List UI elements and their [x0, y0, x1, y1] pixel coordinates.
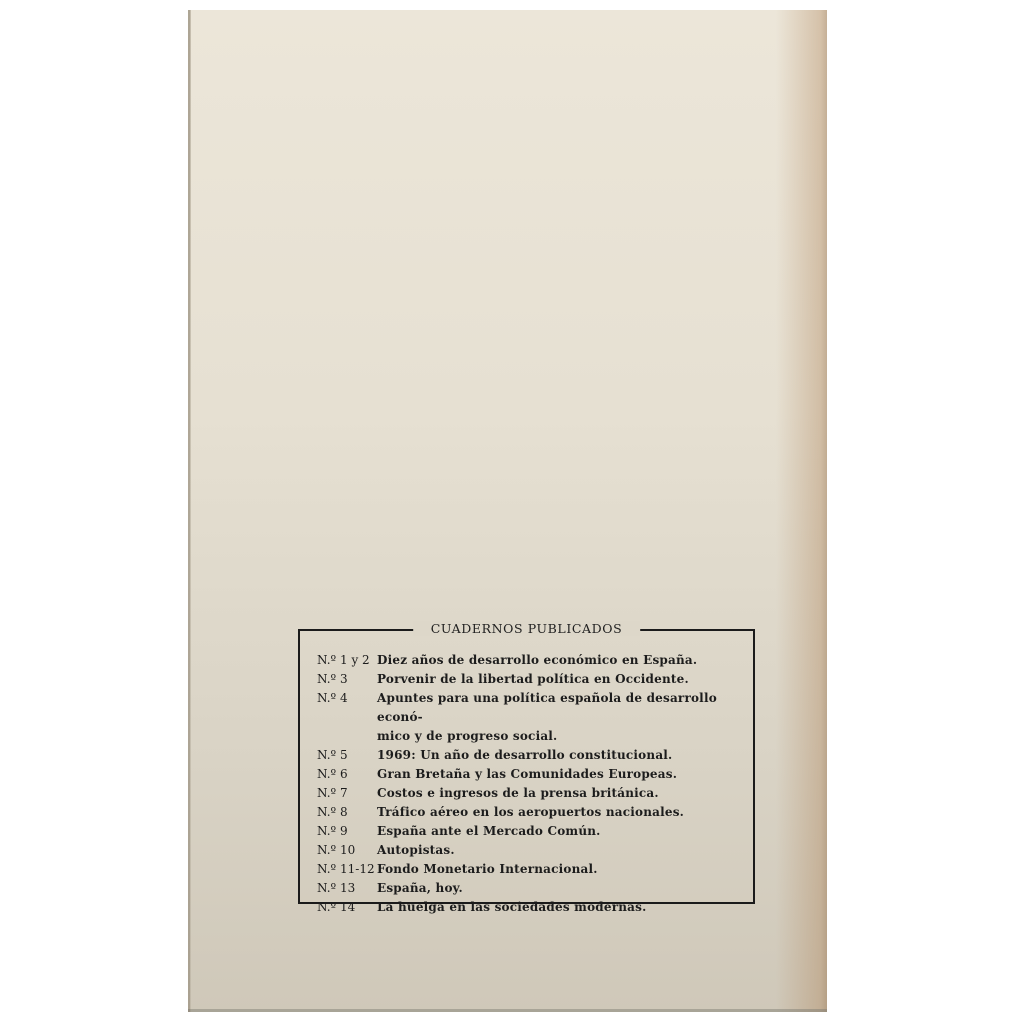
- issue-title: La huelga en las sociedades modernas.: [377, 898, 739, 917]
- issue-number: N.º 3: [317, 670, 377, 689]
- back-cover-page: CUADERNOS PUBLICADOS N.º 1 y 2 Diez años…: [188, 10, 827, 1012]
- issue-title: Tráfico aéreo en los aeropuertos naciona…: [377, 803, 739, 822]
- issue-title: Autopistas.: [377, 841, 739, 860]
- issue-number: N.º 4: [317, 689, 377, 746]
- issue-title: Diez años de desarrollo económico en Esp…: [377, 651, 739, 670]
- list-item: N.º 14 La huelga en las sociedades moder…: [317, 898, 739, 917]
- issue-number: N.º 11-12: [317, 860, 377, 879]
- issue-title: Apuntes para una política española de de…: [377, 689, 739, 727]
- list-item: N.º 1 y 2 Diez años de desarrollo económ…: [317, 651, 739, 670]
- list-item: N.º 9 España ante el Mercado Común.: [317, 822, 739, 841]
- list-item: N.º 11-12 Fondo Monetario Internacional.: [317, 860, 739, 879]
- issue-number: N.º 1 y 2: [317, 651, 377, 670]
- issue-title: Gran Bretaña y las Comunidades Europeas.: [377, 765, 739, 784]
- issue-number: N.º 9: [317, 822, 377, 841]
- issue-number: N.º 14: [317, 898, 377, 917]
- list-item: N.º 3 Porvenir de la libertad política e…: [317, 670, 739, 689]
- issue-number: N.º 13: [317, 879, 377, 898]
- issue-title: 1969: Un año de desarrollo constituciona…: [377, 746, 739, 765]
- issue-title: Costos e ingresos de la prensa británica…: [377, 784, 739, 803]
- list-item: N.º 13 España, hoy.: [317, 879, 739, 898]
- list-item: N.º 10 Autopistas.: [317, 841, 739, 860]
- issue-number: N.º 5: [317, 746, 377, 765]
- issue-title: Porvenir de la libertad política en Occi…: [377, 670, 739, 689]
- list-item: N.º 5 1969: Un año de desarrollo constit…: [317, 746, 739, 765]
- list-item: N.º 6 Gran Bretaña y las Comunidades Eur…: [317, 765, 739, 784]
- issue-number: N.º 10: [317, 841, 377, 860]
- list-item: N.º 4 Apuntes para una política española…: [317, 689, 739, 746]
- list-item: N.º 8 Tráfico aéreo en los aeropuertos n…: [317, 803, 739, 822]
- issue-title: España, hoy.: [377, 879, 739, 898]
- issue-number: N.º 7: [317, 784, 377, 803]
- issues-list: N.º 1 y 2 Diez años de desarrollo económ…: [317, 651, 739, 917]
- issue-number: N.º 8: [317, 803, 377, 822]
- issue-title: España ante el Mercado Común.: [377, 822, 739, 841]
- box-title: CUADERNOS PUBLICADOS: [413, 621, 641, 636]
- issue-title: Fondo Monetario Internacional.: [377, 860, 739, 879]
- published-issues-box: CUADERNOS PUBLICADOS N.º 1 y 2 Diez años…: [298, 629, 755, 904]
- list-item: N.º 7 Costos e ingresos de la prensa bri…: [317, 784, 739, 803]
- issue-number: N.º 6: [317, 765, 377, 784]
- issue-title-wrapper: Apuntes para una política española de de…: [377, 689, 739, 746]
- issue-title-continuation: mico y de progreso social.: [377, 727, 739, 746]
